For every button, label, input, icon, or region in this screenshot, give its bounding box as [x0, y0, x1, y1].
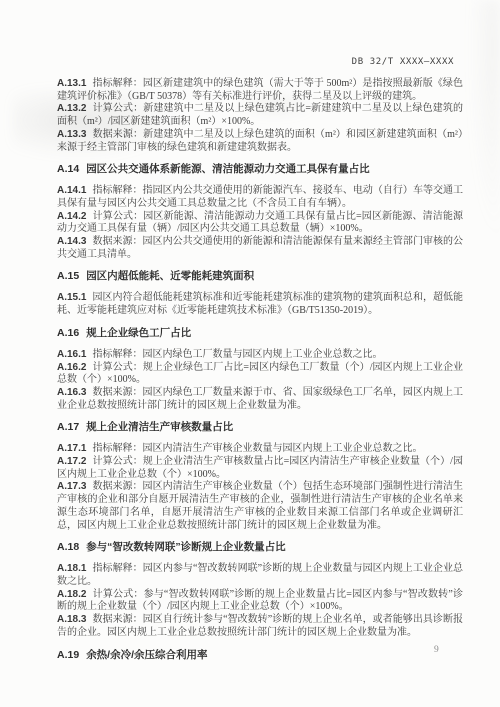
clause-text: 计算公式：规上企业绿色工厂占比=园区内绿色工厂数量（个）/园区内规上工业企业总数… — [57, 362, 463, 386]
section-title: 规上企业绿色工厂占比 — [86, 327, 191, 339]
section-heading: A.16规上企业绿色工厂占比 — [57, 326, 463, 340]
clause-item: A.17.3数据来源：园区内清洁生产审核企业数量（个）包括生态环境部门强制性进行… — [57, 481, 463, 532]
page-content: A.13.1指标解释：园区新建建筑中的绿色建筑（需大于等于 500m²）是指按照… — [57, 78, 463, 671]
clause-text: 指标解释：园区内绿色工厂数量与园区内规上工业企业总数之比。 — [92, 349, 382, 360]
clause-number: A.14.1 — [57, 185, 92, 196]
clause-number: A.13.2 — [57, 103, 92, 114]
clause-text: 计算公式：园区新能源、清洁能源动力交通工具保有量占比=园区新能源、清洁能源动力交… — [57, 211, 463, 235]
clause-number: A.16.1 — [57, 349, 92, 360]
clause-item: A.14.3数据来源：园区内公共交通使用的新能源和清洁能源保有量来源经主管部门审… — [57, 236, 463, 261]
section-number: A.16 — [57, 327, 86, 339]
clause-item: A.13.1指标解释：园区新建建筑中的绿色建筑（需大于等于 500m²）是指按照… — [57, 78, 463, 103]
scan-artifact — [468, 0, 500, 240]
section-number: A.15 — [57, 270, 86, 282]
clause-item: A.16.1指标解释：园区内绿色工厂数量与园区内规上工业企业总数之比。 — [57, 349, 463, 362]
section-heading: A.19余热/余冷/余压综合利用率 — [57, 648, 463, 662]
section-title: 余热/余冷/余压综合利用率 — [86, 649, 207, 661]
clause-number: A.16.2 — [57, 362, 92, 373]
clause-number: A.17.2 — [57, 456, 92, 467]
clause-number: A.18.3 — [57, 614, 92, 625]
clause-text: 数据来源：园区内清洁生产审核企业数量（个）包括生态环境部门强制性进行清洁生产审核… — [57, 481, 463, 530]
clause-number: A.14.3 — [57, 236, 92, 247]
section-heading: A.17规上企业清洁生产审核数量占比 — [57, 420, 463, 434]
clause-number: A.18.1 — [57, 563, 92, 574]
clause-number: A.13.1 — [57, 78, 92, 89]
clause-text: 计算公式：新建建筑中二星及以上绿色建筑占比=新建建筑中二星及以上绿色建筑的面积（… — [57, 103, 463, 127]
clause-text: 计算公式：规上企业清洁生产审核数量占比=园区内清洁生产审核企业数量（个）/园区内… — [57, 456, 463, 480]
clause-item: A.14.2计算公式：园区新能源、清洁能源动力交通工具保有量占比=园区新能源、清… — [57, 211, 463, 236]
section-heading: A.18参与“智改数转网联”诊断规上企业数量占比 — [57, 540, 463, 554]
clause-number: A.15.1 — [57, 292, 92, 303]
clause-text: 园区内符合超低能耗建筑标准和近零能耗建筑标准的建筑物的建筑面积总和，超低能耗、近… — [57, 292, 463, 316]
section-title: 参与“智改数转网联”诊断规上企业数量占比 — [86, 541, 286, 553]
section-number: A.17 — [57, 421, 86, 433]
clause-text: 指标解释：园区内参与“智改数转网联”诊断的规上企业数量与园区内规上工业企业总数之… — [57, 563, 463, 587]
clause-number: A.17.1 — [57, 443, 92, 454]
clause-text: 指标解释：园区新建建筑中的绿色建筑（需大于等于 500m²）是指按照最新版《绿色… — [57, 78, 463, 102]
clause-item: A.15.1园区内符合超低能耗建筑标准和近零能耗建筑标准的建筑物的建筑面积总和，… — [57, 292, 463, 317]
clause-text: 数据来源：园区内公共交通使用的新能源和清洁能源保有量来源经主管部门审核的公共交通… — [57, 236, 463, 260]
document-page: DB 32/T XXXX—XXXX A.13.1指标解释：园区新建建筑中的绿色建… — [0, 0, 500, 707]
clause-text: 计算公式：参与“智改数转网联”诊断的规上企业数量占比=园区内参与“智改数转”诊断… — [57, 589, 463, 613]
section-number: A.14 — [57, 163, 86, 175]
section-heading: A.14园区公共交通体系新能源、清洁能源动力交通工具保有量占比 — [57, 162, 463, 176]
clause-text: 数据来源：园区内绿色工厂数量来源于市、省、国家级绿色工厂名单，园区内规上工业企业… — [57, 387, 463, 411]
clause-item: A.13.2计算公式：新建建筑中二星及以上绿色建筑占比=新建建筑中二星及以上绿色… — [57, 103, 463, 128]
clause-text: 数据来源：园区自行统计参与“智改数转”诊断的规上企业名单，或者能够出具诊断报告的… — [57, 614, 463, 638]
section-number: A.19 — [57, 649, 86, 661]
page-number: 9 — [434, 645, 439, 655]
clause-number: A.13.3 — [57, 129, 92, 140]
clause-item: A.13.3数据来源：新建建筑中二星及以上绿色建筑的面积（m²）和园区新建建筑面… — [57, 129, 463, 154]
clause-item: A.16.3数据来源：园区内绿色工厂数量来源于市、省、国家级绿色工厂名单，园区内… — [57, 387, 463, 412]
section-heading: A.15园区内超低能耗、近零能耗建筑面积 — [57, 269, 463, 283]
clause-text: 数据来源：新建建筑中二星及以上绿色建筑的面积（m²）和园区新建建筑面积（m²）来… — [57, 129, 463, 153]
section-title: 规上企业清洁生产审核数量占比 — [86, 421, 233, 433]
clause-text: 指标解释：园区内清洁生产审核企业数量与园区内规上工业企业总数之比。 — [92, 443, 422, 454]
clause-item: A.18.1指标解释：园区内参与“智改数转网联”诊断的规上企业数量与园区内规上工… — [57, 563, 463, 588]
document-code-header: DB 32/T XXXX—XXXX — [352, 57, 454, 67]
clause-item: A.14.1指标解释：指园区内公共交通使用的新能源汽车、接驳车、电动（自行）车等… — [57, 185, 463, 210]
section-number: A.18 — [57, 541, 86, 553]
clause-number: A.14.2 — [57, 211, 92, 222]
section-title: 园区公共交通体系新能源、清洁能源动力交通工具保有量占比 — [86, 163, 370, 175]
clause-number: A.18.2 — [57, 589, 92, 600]
clause-text: 指标解释：指园区内公共交通使用的新能源汽车、接驳车、电动（自行）车等交通工具保有… — [57, 185, 463, 209]
clause-item: A.16.2计算公式：规上企业绿色工厂占比=园区内绿色工厂数量（个）/园区内规上… — [57, 362, 463, 387]
clause-item: A.17.2计算公式：规上企业清洁生产审核数量占比=园区内清洁生产审核企业数量（… — [57, 456, 463, 481]
section-title: 园区内超低能耗、近零能耗建筑面积 — [86, 270, 254, 282]
clause-number: A.17.3 — [57, 481, 92, 492]
clause-item: A.18.3数据来源：园区自行统计参与“智改数转”诊断的规上企业名单，或者能够出… — [57, 614, 463, 639]
clause-item: A.18.2计算公式：参与“智改数转网联”诊断的规上企业数量占比=园区内参与“智… — [57, 589, 463, 614]
clause-number: A.16.3 — [57, 387, 92, 398]
clause-item: A.17.1指标解释：园区内清洁生产审核企业数量与园区内规上工业企业总数之比。 — [57, 443, 463, 456]
